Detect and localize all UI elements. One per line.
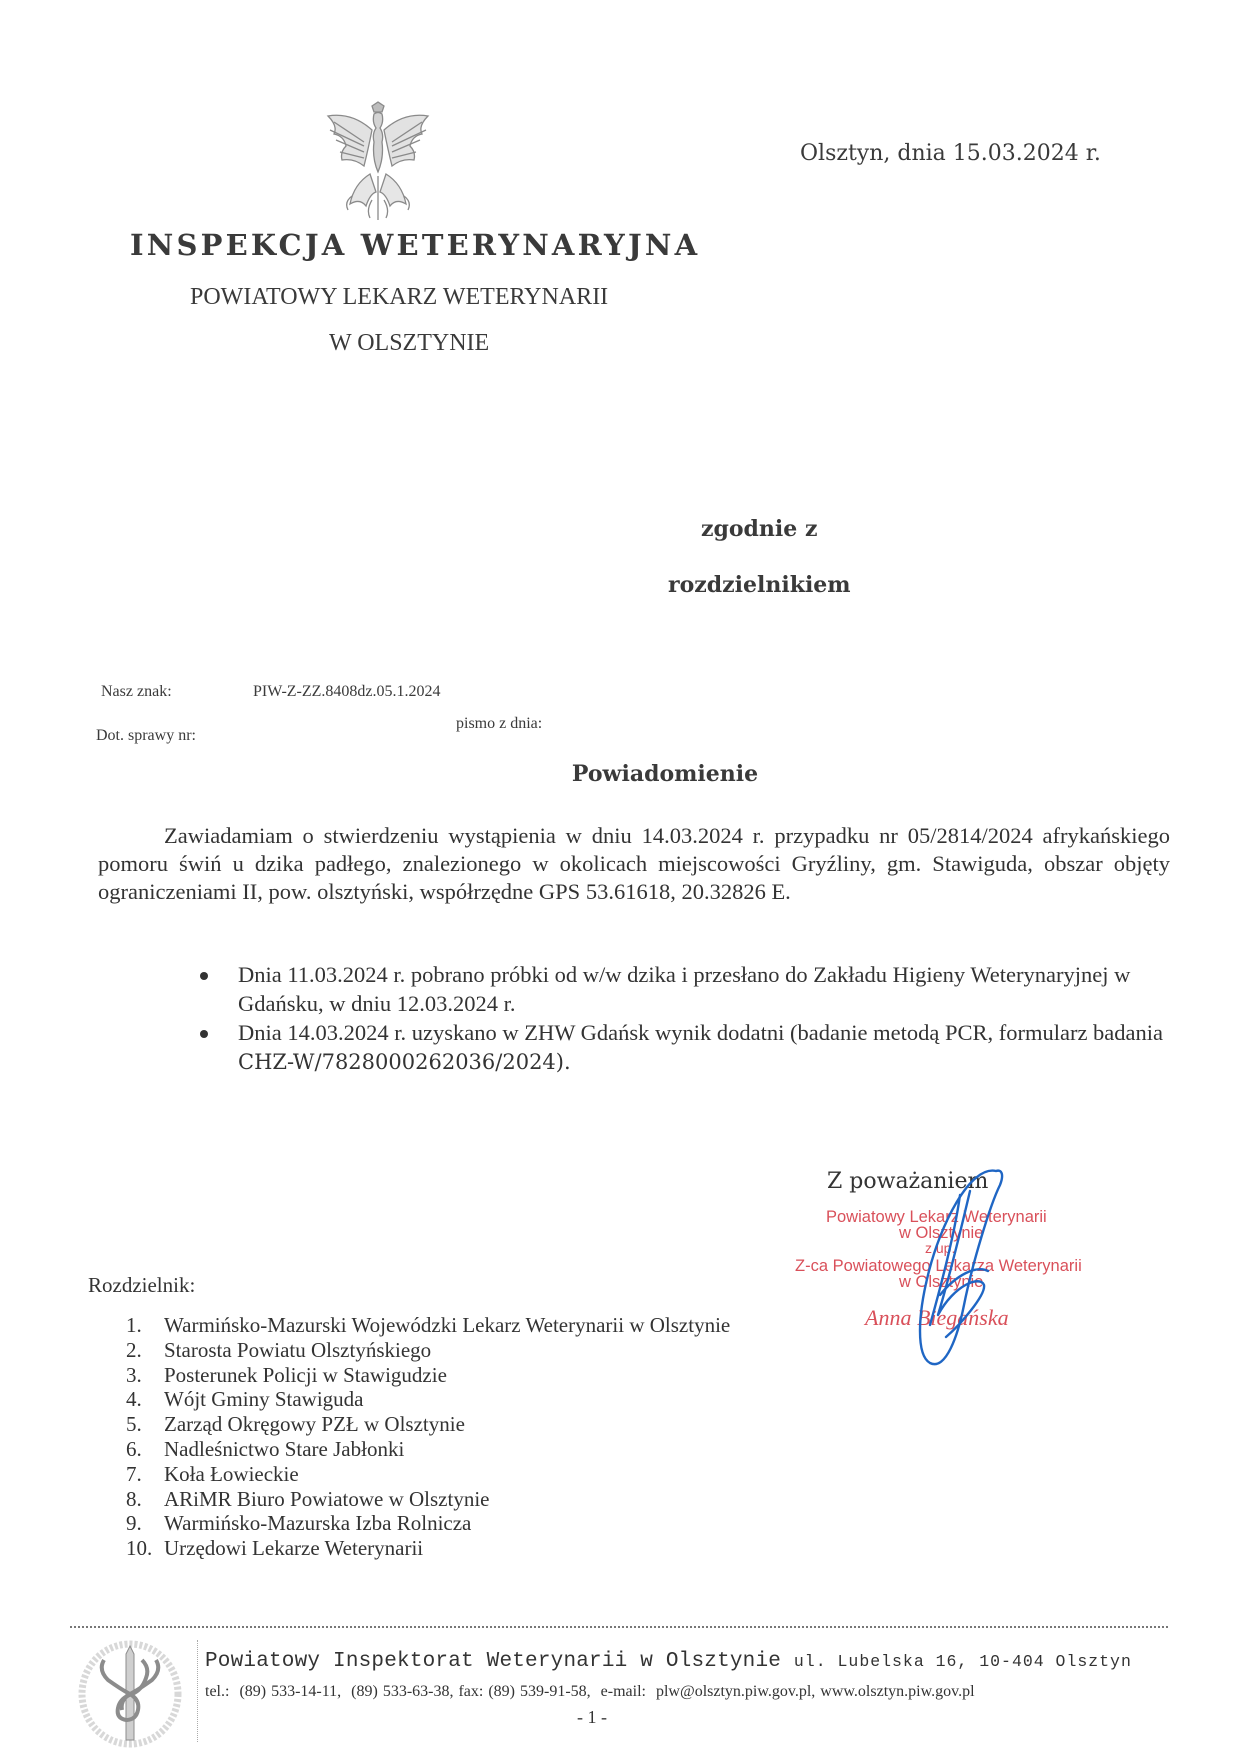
findings-list-item: Dnia 14.03.2024 r. uzyskano w ZHW Gdańsk… (200, 1018, 1170, 1077)
distribution-label: Rozdzielnik: (88, 1273, 195, 1298)
finding-text: Dnia 14.03.2024 r. uzyskano w ZHW Gdańsk… (238, 1020, 1163, 1045)
footer-email-link[interactable]: plw@olsztyn.piw.gov.pl (656, 1683, 811, 1700)
item-number: 10. (126, 1536, 152, 1561)
recipient-line-2: rozdzielnikiem (668, 572, 851, 598)
item-text: Starosta Powiatu Olsztyńskiego (164, 1338, 431, 1362)
item-text: Nadleśnictwo Stare Jabłonki (164, 1437, 404, 1461)
distribution-item: 3.Posterunek Policji w Stawigudzie (126, 1363, 730, 1388)
distribution-item: 7.Koła Łowieckie (126, 1462, 730, 1487)
footer-website-link[interactable]: www.olsztyn.piw.gov.pl (820, 1683, 974, 1700)
bullet-icon (200, 972, 208, 980)
item-number: 7. (126, 1462, 142, 1487)
item-number: 9. (126, 1511, 142, 1536)
handwritten-signature-icon (900, 1165, 1020, 1375)
page-number: - 1 - (577, 1707, 607, 1728)
item-text: Warmińsko-Mazurski Wojewódzki Lekarz Wet… (164, 1313, 730, 1337)
footer-institution-line: Powiatowy Inspektorat Weterynarii w Olsz… (205, 1650, 1132, 1673)
item-number: 6. (126, 1437, 142, 1462)
distribution-item: 5.Zarząd Okręgowy PZŁ w Olsztynie (126, 1412, 730, 1437)
bullet-icon (200, 1030, 208, 1038)
footer-divider (70, 1626, 1168, 1628)
findings-list-item: Dnia 11.03.2024 r. pobrano próbki od w/w… (200, 960, 1170, 1018)
item-number: 4. (126, 1387, 142, 1412)
place-and-date: Olsztyn, dnia 15.03.2024 r. (800, 141, 1101, 166)
item-number: 5. (126, 1412, 142, 1437)
organization-name: INSPEKCJA WETERYNARYJNA (130, 228, 700, 262)
item-number: 2. (126, 1338, 142, 1363)
distribution-item: 4.Wójt Gminy Stawiguda (126, 1387, 730, 1412)
footer-separator-text: , (811, 1683, 820, 1700)
footer-address: ul. Lubelska 16, 10-404 Olsztyn (794, 1652, 1132, 1671)
distribution-item: 1.Warmińsko-Mazurski Wojewódzki Lekarz W… (126, 1313, 730, 1338)
caduceus-emblem-icon (74, 1638, 186, 1748)
item-text: Koła Łowieckie (164, 1462, 299, 1486)
findings-list: Dnia 11.03.2024 r. pobrano próbki od w/w… (200, 960, 1170, 1077)
item-text: Wójt Gminy Stawiguda (164, 1387, 363, 1411)
distribution-item: 6.Nadleśnictwo Stare Jabłonki (126, 1437, 730, 1462)
item-number: 8. (126, 1487, 142, 1512)
our-reference-label: Nasz znak: (101, 683, 172, 701)
footer-separator (197, 1640, 198, 1742)
item-number: 1. (126, 1313, 142, 1338)
recipient-line-1: zgodnie z (701, 516, 817, 542)
distribution-item: 2.Starosta Powiatu Olsztyńskiego (126, 1338, 730, 1363)
distribution-item: 10.Urzędowi Lekarze Weterynarii (126, 1536, 730, 1561)
distribution-item: 9.Warmińsko-Mazurska Izba Rolnicza (126, 1511, 730, 1536)
footer-institution: Powiatowy Inspektorat Weterynarii w Olsz… (205, 1650, 781, 1673)
item-text: Warmińsko-Mazurska Izba Rolnicza (164, 1511, 471, 1535)
polish-eagle-emblem-icon (322, 100, 434, 226)
document-title: Powiadomienie (0, 761, 1242, 787)
test-form-number: CHZ-W/7828000262036/2024 (238, 1050, 556, 1074)
finding-suffix: ). (556, 1050, 571, 1074)
item-text: Zarząd Okręgowy PZŁ w Olsztynie (164, 1412, 465, 1436)
our-reference-value: PIW-Z-ZZ.8408dz.05.1.2024 (253, 683, 441, 701)
item-text: Urzędowi Lekarze Weterynarii (164, 1536, 423, 1560)
office-location: W OLSZTYNIE (329, 330, 489, 357)
item-number: 3. (126, 1363, 142, 1388)
body-paragraph: Zawiadamiam o stwierdzeniu wystąpienia w… (98, 822, 1170, 906)
finding-text: Dnia 11.03.2024 r. pobrano próbki od w/w… (238, 962, 1130, 1016)
footer-contact-line: tel.: (89) 533-14-11, (89) 533-63-38, fa… (205, 1683, 975, 1701)
item-text: Posterunek Policji w Stawigudzie (164, 1363, 447, 1387)
distribution-list: 1.Warmińsko-Mazurski Wojewódzki Lekarz W… (126, 1313, 730, 1561)
case-reference-label: Dot. sprawy nr: (96, 727, 196, 745)
item-text: ARiMR Biuro Powiatowe w Olsztynie (164, 1487, 490, 1511)
footer-phones: tel.: (89) 533-14-11, (89) 533-63-38, fa… (205, 1683, 656, 1700)
office-name: POWIATOWY LEKARZ WETERYNARII (190, 284, 608, 311)
distribution-item: 8.ARiMR Biuro Powiatowe w Olsztynie (126, 1487, 730, 1512)
letter-date-label: pismo z dnia: (456, 715, 542, 733)
